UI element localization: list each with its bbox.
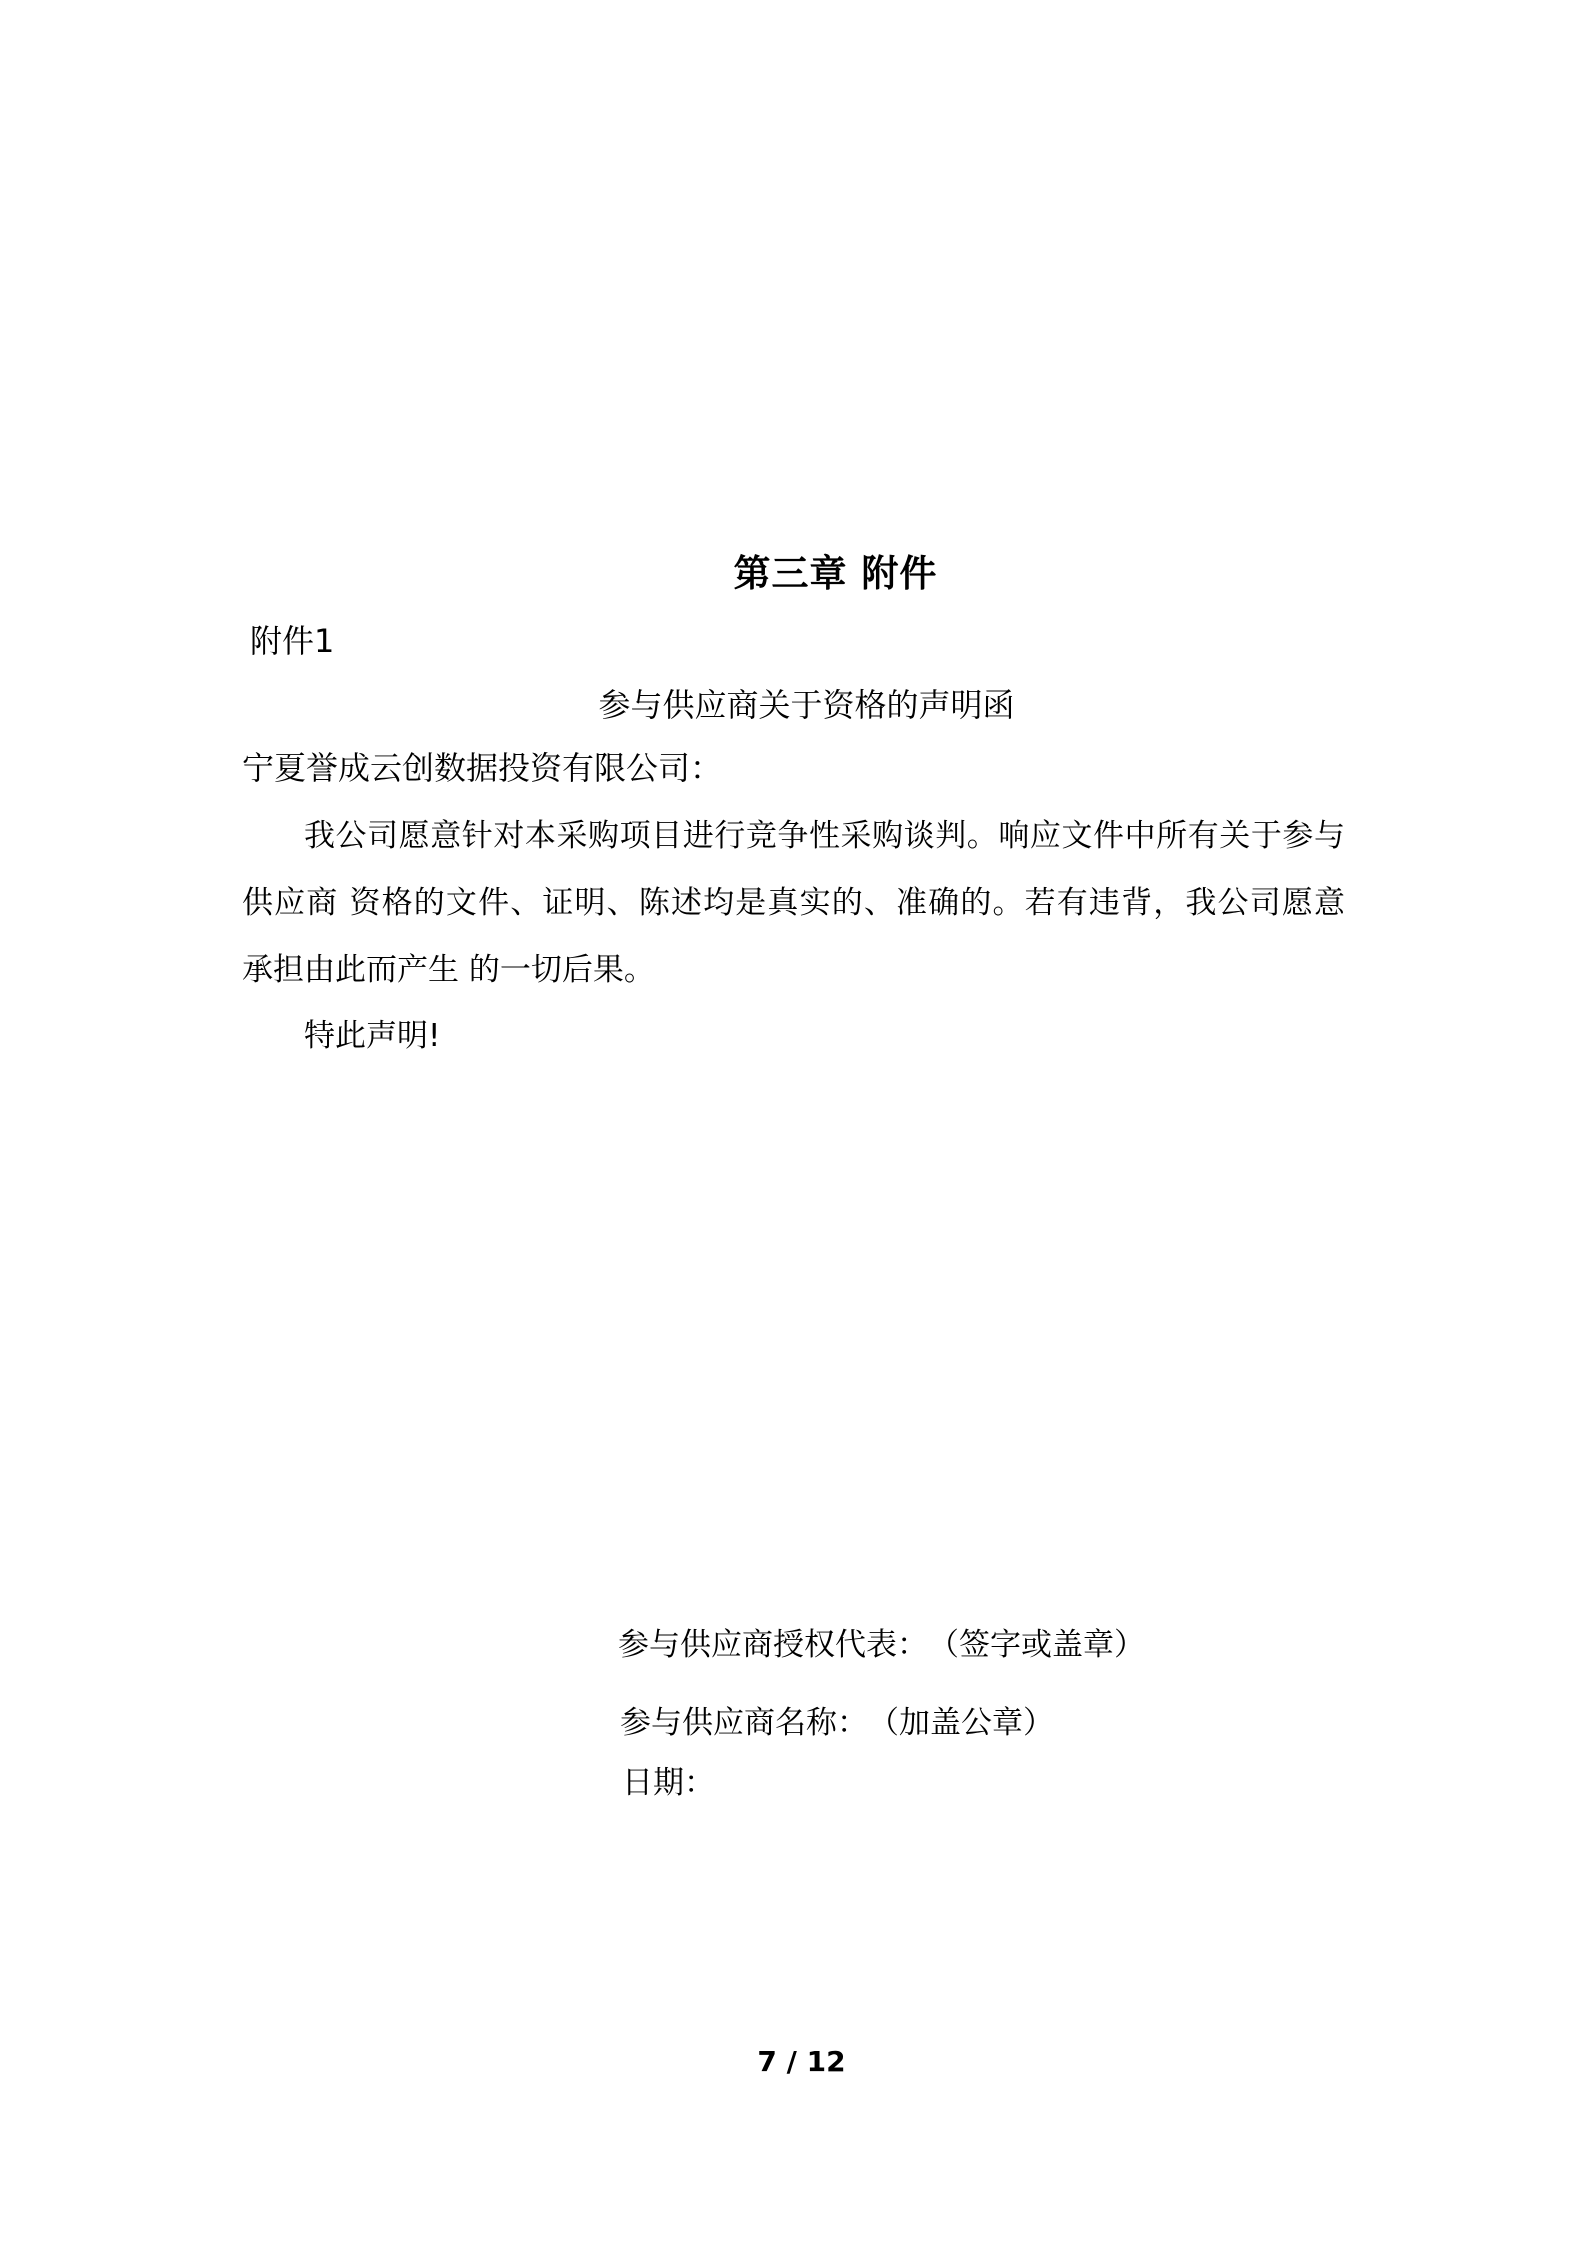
chapter-title: 第三章 附件 <box>0 549 1587 599</box>
document-page: 第三章 附件 附件1 参与供应商关于资格的声明函 宁夏誉成云创数据投资有限公司：… <box>0 0 1587 2245</box>
letter-title: 参与供应商关于资格的声明函 <box>0 683 1587 727</box>
addressee-line: 宁夏誉成云创数据投资有限公司： <box>242 746 722 790</box>
body-paragraph-line-1: 我公司愿意针对本采购项目进行竞争性采购谈判。响应文件中所有关于参与 <box>242 814 1345 858</box>
signature-representative-line: 参与供应商授权代表： （签字或盖章） <box>618 1623 1145 1667</box>
page-number: 7 / 12 <box>0 2045 1587 2079</box>
declaration-line: 特此声明! <box>242 1014 1345 1058</box>
body-paragraph-line-3: 承担由此而产生 的一切后果。 <box>242 948 1345 992</box>
body-paragraph-line-2: 供应商 资格的文件、证明、陈述均是真实的、准确的。若有违背，我公司愿意 <box>242 881 1345 925</box>
attachment-label: 附件1 <box>250 619 334 663</box>
signature-supplier-name-line: 参与供应商名称： （加盖公章） <box>620 1701 1054 1745</box>
signature-date-label: 日期： <box>622 1761 715 1805</box>
